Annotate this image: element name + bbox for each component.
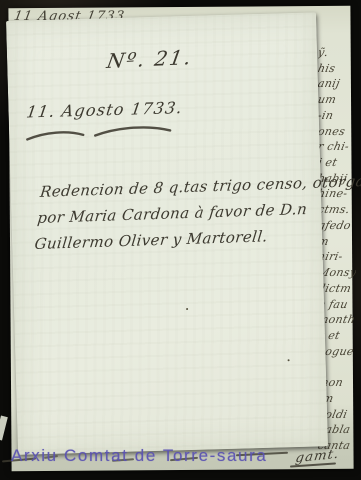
- document-number: Nº. 21.: [105, 45, 195, 73]
- text-line: gfedo: [318, 220, 356, 231]
- archive-watermark: Arxiu Comtat de Torre-saura: [11, 446, 267, 466]
- document-date: 11. Agosto 1733.: [25, 98, 184, 121]
- manuscript-scan: 11 Agost 1733. ỹ.hisanijum-inonesr chi-j…: [0, 0, 361, 480]
- paper-sliver: [0, 416, 8, 441]
- text-line: -in: [318, 110, 356, 121]
- main-sheet: Nº. 21. 11. Agosto 1733. Redencion de 8 …: [6, 12, 328, 454]
- text-line: m: [318, 236, 356, 247]
- text-line: his: [318, 63, 356, 74]
- text-line: ỹ.: [318, 47, 356, 58]
- text-line: hiri-: [318, 251, 356, 262]
- text-line: Monsy: [318, 267, 356, 278]
- text-line: anij: [318, 78, 356, 89]
- text-line: r chi-: [318, 141, 356, 152]
- text-line: um: [318, 94, 356, 105]
- ink-speck: [288, 359, 290, 361]
- document-summary: Redencion de 8 q.tas trigo censo, otorga…: [33, 169, 327, 257]
- text-line: j et: [318, 157, 356, 168]
- text-line: ones: [318, 126, 356, 137]
- ink-speck: [186, 308, 188, 310]
- underline-flourish-icon: [23, 122, 175, 144]
